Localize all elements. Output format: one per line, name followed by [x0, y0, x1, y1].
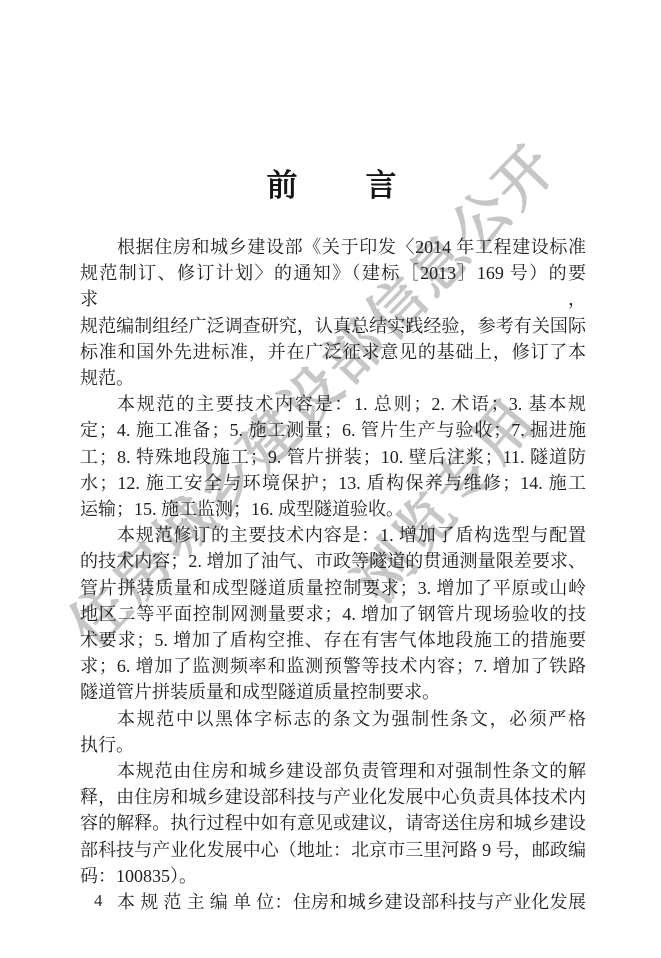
body-line: 隧道管片拼装质量和成型隧道质量控制要求。: [80, 679, 586, 705]
body-line: 释，由住房和城乡建设部科技与产业化发展中心负责具体技术内: [80, 784, 586, 810]
body-line: 码：100835）。: [80, 863, 586, 889]
body-line: 部科技与产业化发展中心（地址：北京市三里河路 9 号，邮政编: [80, 837, 586, 863]
body-line: 执行。: [80, 732, 586, 758]
body-line: 本规范的主要技术内容是：1. 总则；2. 术语；3. 基本规: [80, 391, 586, 417]
body-line: 本规范中以黑体字标志的条文为强制性条文，必须严格: [80, 706, 586, 732]
document-page: 住房城乡建设部信息公开 浏览专用 前 言 根据住房和城乡建设部《关于印发〈201…: [0, 0, 661, 958]
body-line: 规范。: [80, 365, 586, 391]
body-line: 术要求；5. 增加了盾构空推、存在有害气体地段施工的措施要: [80, 627, 586, 653]
body-line: 求；6. 增加了监测频率和监测预警等技术内容；7. 增加了铁路: [80, 653, 586, 679]
body-line: 标准和国外先进标准，并在广泛征求意见的基础上，修订了本: [80, 339, 586, 365]
body-line: 规范制订、修订计划〉的通知》（建标［2013］169 号）的要求，: [80, 260, 586, 312]
body-line: 本规范由住房和城乡建设部负责管理和对强制性条文的解: [80, 758, 586, 784]
body-line: 本 规 范 主 编 单 位：住房和城乡建设部科技与产业化发展: [80, 889, 586, 915]
body-line: 定；4. 施工准备；5. 施工测量；6. 管片生产与验收；7. 掘进施: [80, 417, 586, 443]
body-line: 工；8. 特殊地段施工；9. 管片拼装；10. 壁后注浆；11. 隧道防: [80, 444, 586, 470]
body-line: 的技术内容；2. 增加了油气、市政等隧道的贯通测量限差要求、: [80, 548, 586, 574]
body-line: 本规范修订的主要技术内容是：1. 增加了盾构选型与配置: [80, 522, 586, 548]
body-line: 容的解释。执行过程中如有意见或建议，请寄送住房和城乡建设: [80, 810, 586, 836]
page-title: 前 言: [80, 160, 585, 205]
body-line: 根据住房和城乡建设部《关于印发〈2014 年工程建设标准: [80, 234, 586, 260]
body-line: 水；12. 施工安全与环境保护；13. 盾构保养与维修；14. 施工: [80, 470, 586, 496]
body-line: 规范编制组经广泛调查研究，认真总结实践经验，参考有关国际: [80, 313, 586, 339]
body-line: 管片拼装质量和成型隧道质量控制要求；3. 增加了平原或山岭: [80, 575, 586, 601]
body-line: 运输；15. 施工监测；16. 成型隧道验收。: [80, 496, 586, 522]
body-line: 地区二等平面控制网测量要求；4. 增加了钢管片现场验收的技: [80, 601, 586, 627]
page-number: 4: [94, 891, 103, 911]
body-text: 根据住房和城乡建设部《关于印发〈2014 年工程建设标准规范制订、修订计划〉的通…: [80, 234, 586, 915]
